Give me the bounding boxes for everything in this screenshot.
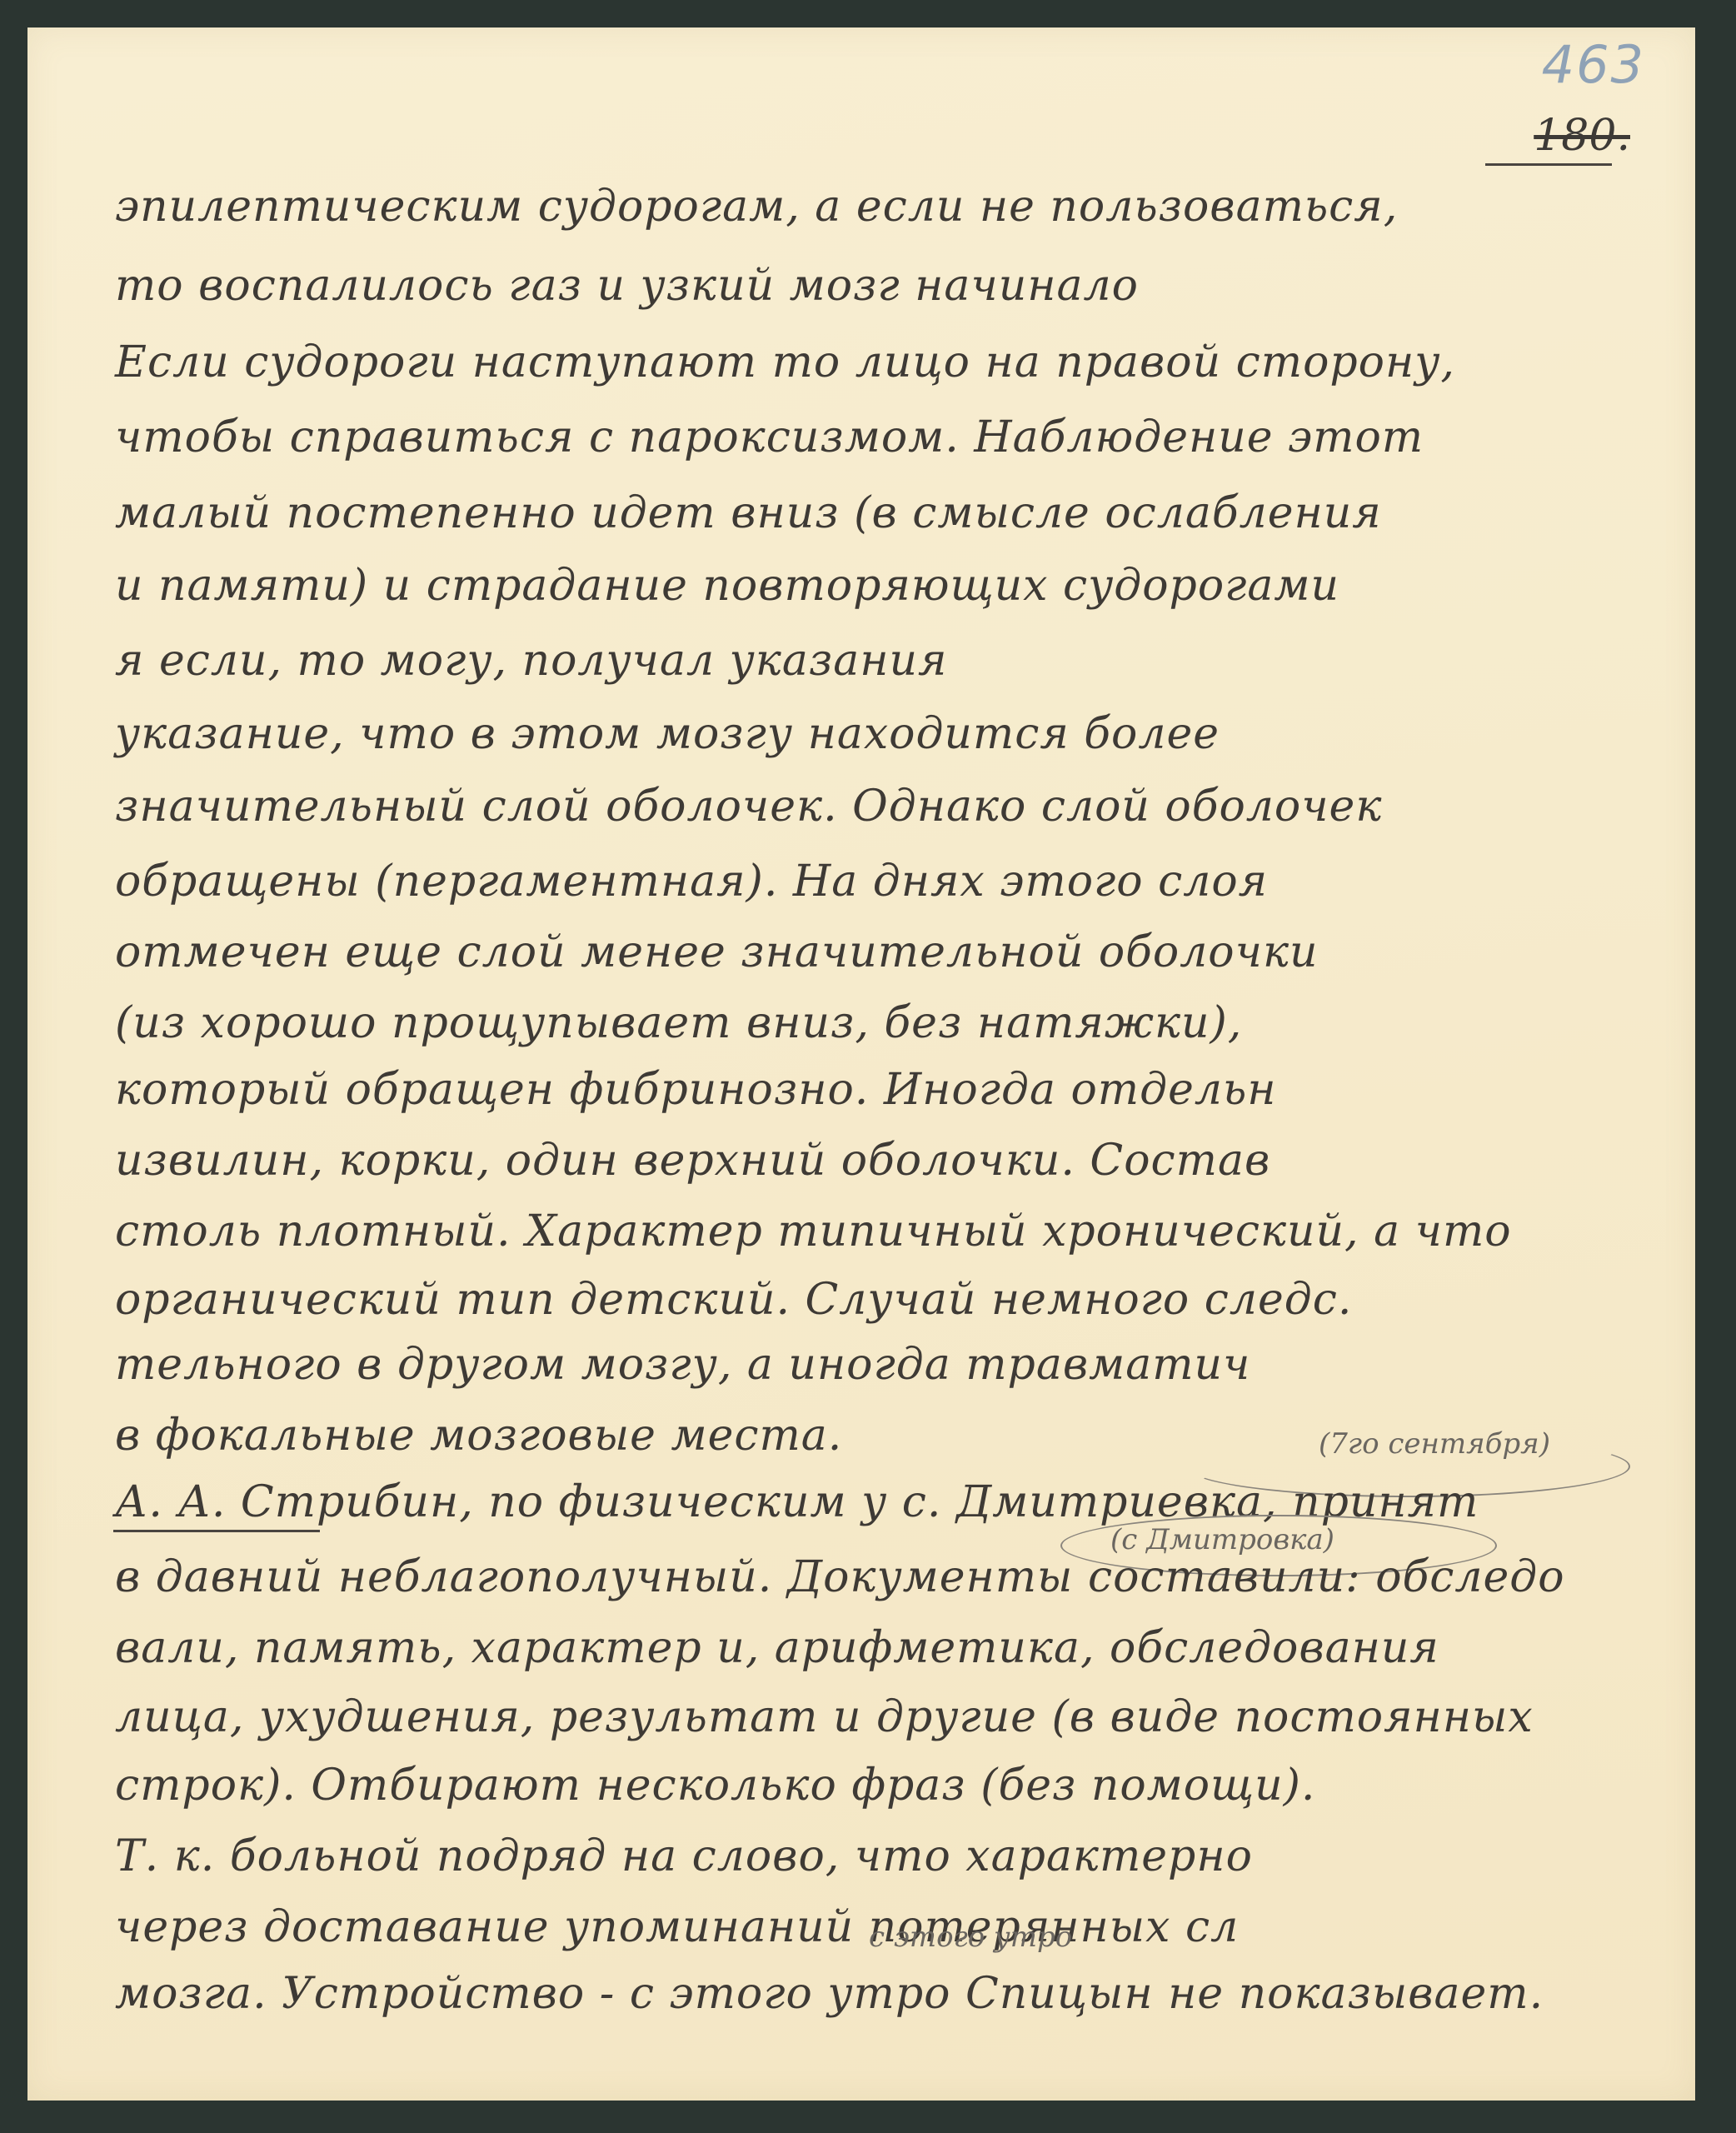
text-line-20: вали, память, характер и, арифметика, об… [115, 1623, 1439, 1673]
text-line-4: чтобы справиться с пароксизмом. Наблюден… [115, 412, 1424, 462]
text-line-18: в фокальные мозговые места. [115, 1411, 842, 1461]
text-line-22: строк). Отбирают несколько фраз (без пом… [115, 1761, 1315, 1811]
text-line-5: малый постепенно идет вниз (в смысле осл… [115, 488, 1382, 538]
text-line-16: органический тип детский. Случай немного… [115, 1275, 1352, 1325]
text-line-10: обращены (пергаментная). На днях этого с… [115, 857, 1268, 907]
text-line-6: и памяти) и страдание повторяющих судоро… [115, 561, 1339, 611]
manuscript-page: 463 180. эпилептическим судорогам, а есл… [27, 27, 1695, 2101]
text-line-2: то воспалилось газ и узкий мозг начинало [115, 261, 1139, 311]
archive-folio-number: 463 [1542, 34, 1645, 95]
text-line-11: отмечен еще слой менее значительной обол… [115, 927, 1319, 977]
text-line-14: извилин, корки, один верхний оболочки. С… [115, 1136, 1270, 1186]
text-line-8: указание, что в этом мозгу находится бол… [115, 709, 1220, 759]
text-line-3: Если судороги наступают то лицо на право… [115, 337, 1455, 387]
pencil-note-insert: с этого утро [869, 1921, 1072, 1954]
text-line-23: Т. к. больной подряд на слово, что харак… [115, 1831, 1253, 1881]
text-line-12: (из хорошо прощупывает вниз, без натяжки… [115, 998, 1242, 1048]
text-line-25: мозга. Устройство - с этого утро Спицын … [115, 1969, 1544, 2019]
page-number-underline [1485, 163, 1612, 166]
text-line-21: лица, ухудшения, результат и другие (в в… [115, 1692, 1534, 1742]
text-line-13: который обращен фибринозно. Иногда отдел… [115, 1065, 1277, 1115]
text-line-1: эпилептическим судорогам, а если не поль… [115, 182, 1398, 232]
text-line-7: я если, то могу, получал указания [115, 636, 947, 686]
patient-name: А. А. Стрибин [115, 1477, 459, 1527]
text-line-9: значительный слой оболочек. Однако слой … [115, 782, 1382, 832]
text-line-19: в давний неблагополучный. Документы сост… [115, 1552, 1565, 1602]
original-page-number: 180. [1534, 111, 1630, 161]
patient-name-underline [113, 1530, 320, 1532]
text-line-15: столь плотный. Характер типичный хрониче… [115, 1206, 1512, 1256]
text-line-17: тельного в другом мозгу, а иногда травма… [115, 1340, 1250, 1390]
